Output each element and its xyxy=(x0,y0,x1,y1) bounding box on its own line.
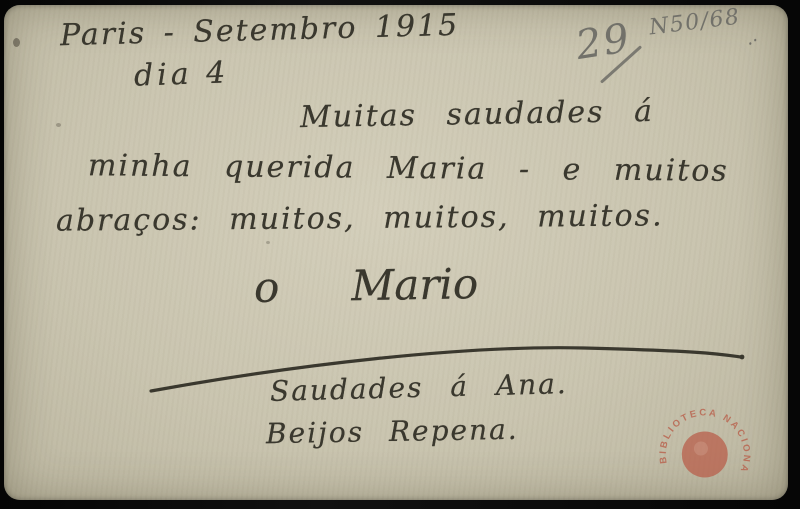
signature-name: Mario xyxy=(351,259,479,310)
paper-speck xyxy=(56,123,61,127)
postscript-line-2: Beijos Repena. xyxy=(266,413,519,450)
stamp-center-circle xyxy=(678,427,733,482)
scanned-postcard-screen: Paris - Setembro 1915 dia 4 29 N50/68 ‥ … xyxy=(0,0,800,509)
day-line: dia 4 xyxy=(133,55,229,93)
postcard-paper: Paris - Setembro 1915 dia 4 29 N50/68 ‥ … xyxy=(4,5,788,500)
pencil-catalog-number: N50/68 xyxy=(648,5,742,41)
pencil-ditto-marks: ‥ xyxy=(739,25,763,50)
signature-article: o xyxy=(254,263,280,312)
message-line-3: abraços: muitos, muitos, muitos. xyxy=(56,198,664,238)
message-line-2: minha querida Maria - e muitos xyxy=(88,148,729,189)
message-line-1: Muitas saudades á xyxy=(300,94,655,135)
flourish-end-dot xyxy=(740,355,745,360)
paper-speck xyxy=(13,38,20,47)
library-stamp: BIBLIOTECA NACIONAL xyxy=(636,383,780,509)
signature: o Mario xyxy=(254,259,479,312)
place-date-line: Paris - Setembro 1915 xyxy=(60,8,460,53)
paper-speck xyxy=(266,241,270,244)
